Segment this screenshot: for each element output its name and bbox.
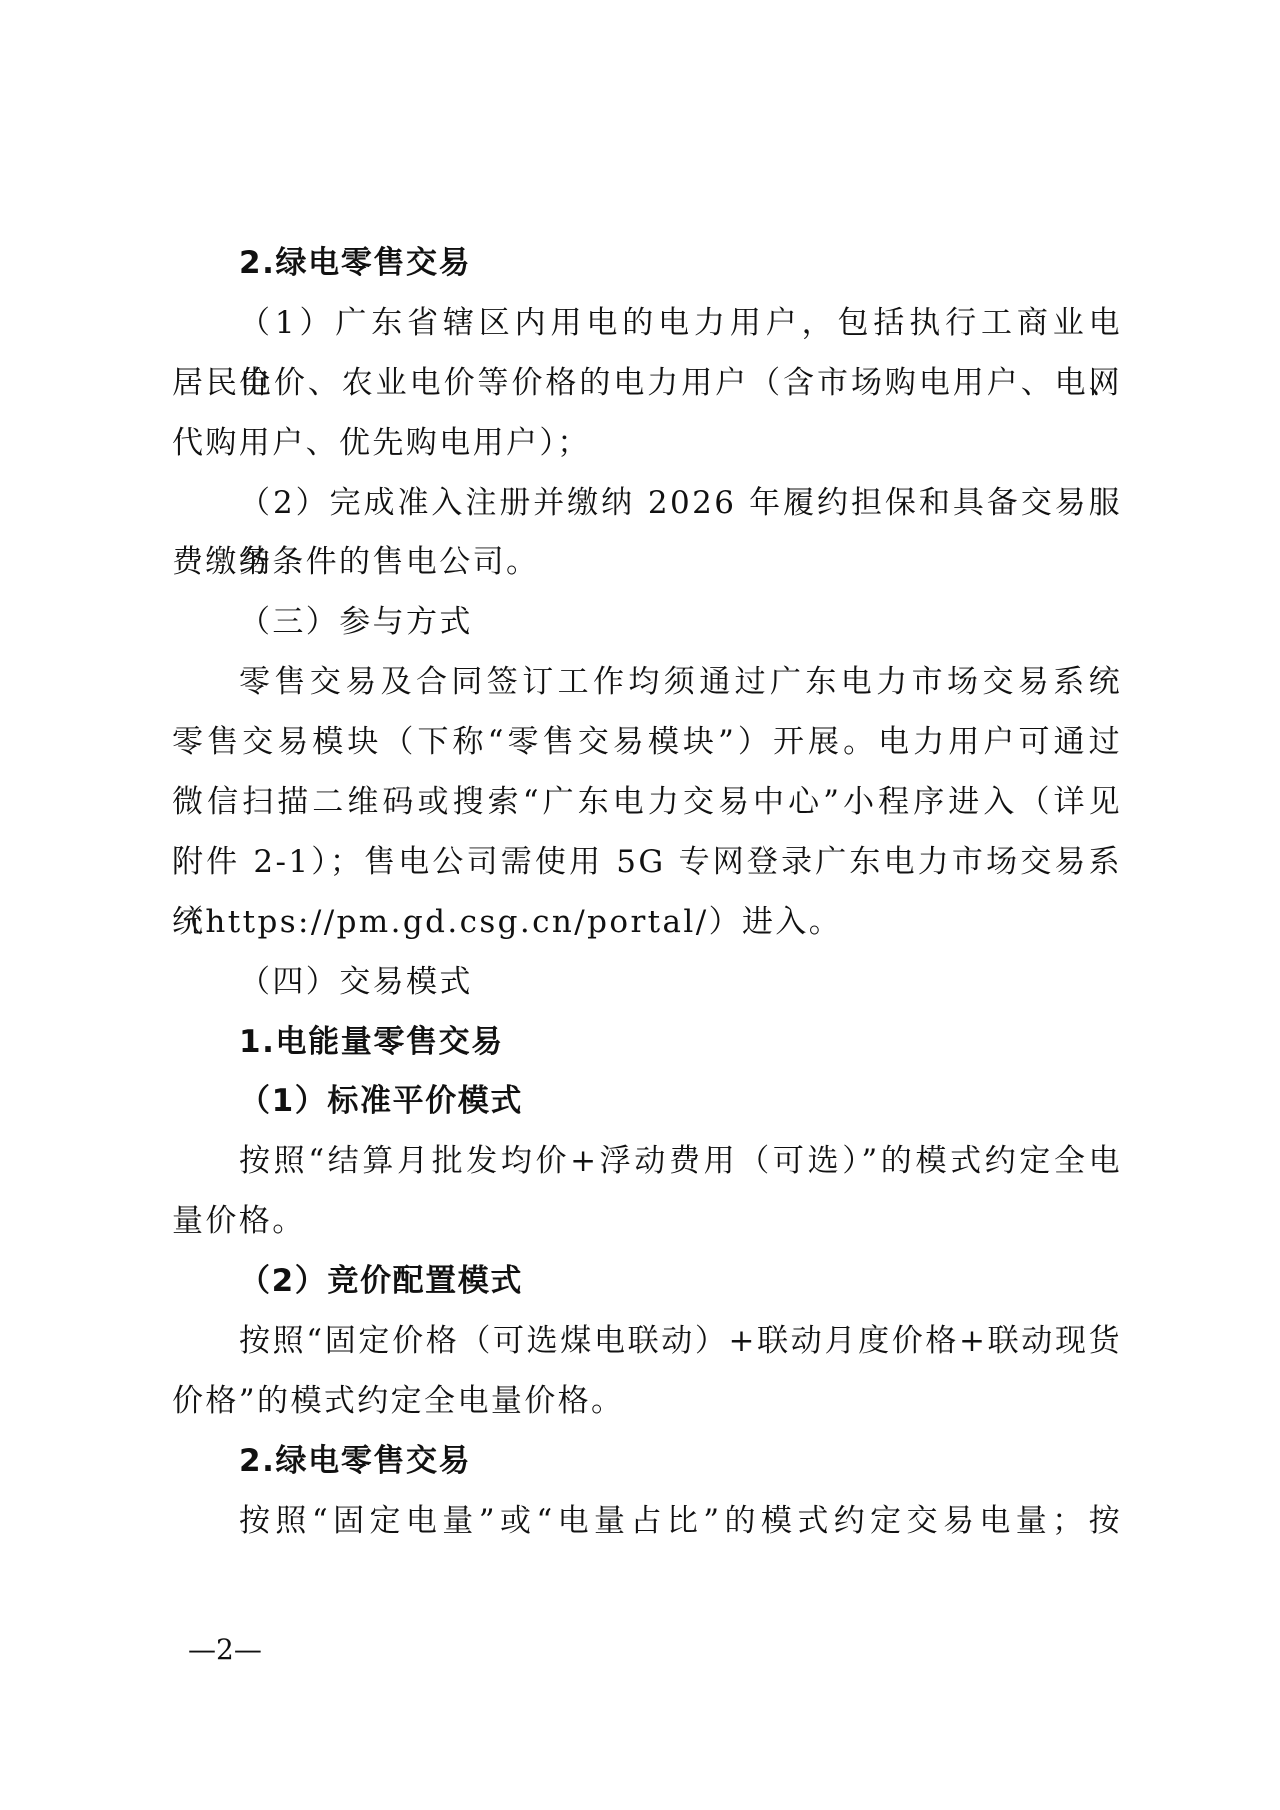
- subheading-green-retail: 2.绿电零售交易: [172, 1432, 1122, 1492]
- subheading-energy-retail: 1.电能量零售交易: [172, 1013, 1122, 1073]
- paragraph-line: （2）完成准入注册并缴纳 2026 年履约担保和具备交易服务: [172, 474, 1122, 534]
- document-page: 2.绿电零售交易 （1）广东省辖区内用电的电力用户，包括执行工商业电价、 居民电…: [0, 0, 1280, 1810]
- section-heading-participation: （三）参与方式: [172, 593, 1122, 653]
- paragraph-line: 微信扫描二维码或搜索“广东电力交易中心”小程序进入（详见: [172, 773, 1122, 833]
- document-body: 2.绿电零售交易 （1）广东省辖区内用电的电力用户，包括执行工商业电价、 居民电…: [172, 234, 1122, 1552]
- paragraph-line: 零售交易模块（下称“零售交易模块”）开展。电力用户可通过: [172, 713, 1122, 773]
- page-number: —2—: [188, 1633, 262, 1666]
- subheading-standard-flat-price: （1）标准平价模式: [172, 1072, 1122, 1132]
- paragraph-line: 费缴纳条件的售电公司。: [172, 533, 1122, 593]
- paragraph-line: 居民电价、农业电价等价格的电力用户（含市场购电用户、电网: [172, 354, 1122, 414]
- section-heading-trading-mode: （四）交易模式: [172, 953, 1122, 1013]
- paragraph-line: 按照“固定电量”或“电量占比”的模式约定交易电量；按: [172, 1492, 1122, 1552]
- paragraph-line: 价格”的模式约定全电量价格。: [172, 1372, 1122, 1432]
- paragraph-line: 附件 2-1）；售电公司需使用 5G 专网登录广东电力市场交易系统: [172, 833, 1122, 893]
- paragraph-line: （1）广东省辖区内用电的电力用户，包括执行工商业电价、: [172, 294, 1122, 354]
- paragraph-line: 量价格。: [172, 1192, 1122, 1252]
- paragraph-line: 按照“结算月批发均价+浮动费用（可选）”的模式约定全电: [172, 1132, 1122, 1192]
- subheading-bidding-allocation: （2）竞价配置模式: [172, 1252, 1122, 1312]
- paragraph-line: 代购用户、优先购电用户）；: [172, 414, 1122, 474]
- paragraph-line: 按照“固定价格（可选煤电联动）+联动月度价格+联动现货: [172, 1312, 1122, 1372]
- paragraph-line: 零售交易及合同签订工作均须通过广东电力市场交易系统: [172, 653, 1122, 713]
- section-heading-green-retail: 2.绿电零售交易: [172, 234, 1122, 294]
- paragraph-line-url: （https://pm.gd.csg.cn/portal/）进入。: [172, 893, 1122, 953]
